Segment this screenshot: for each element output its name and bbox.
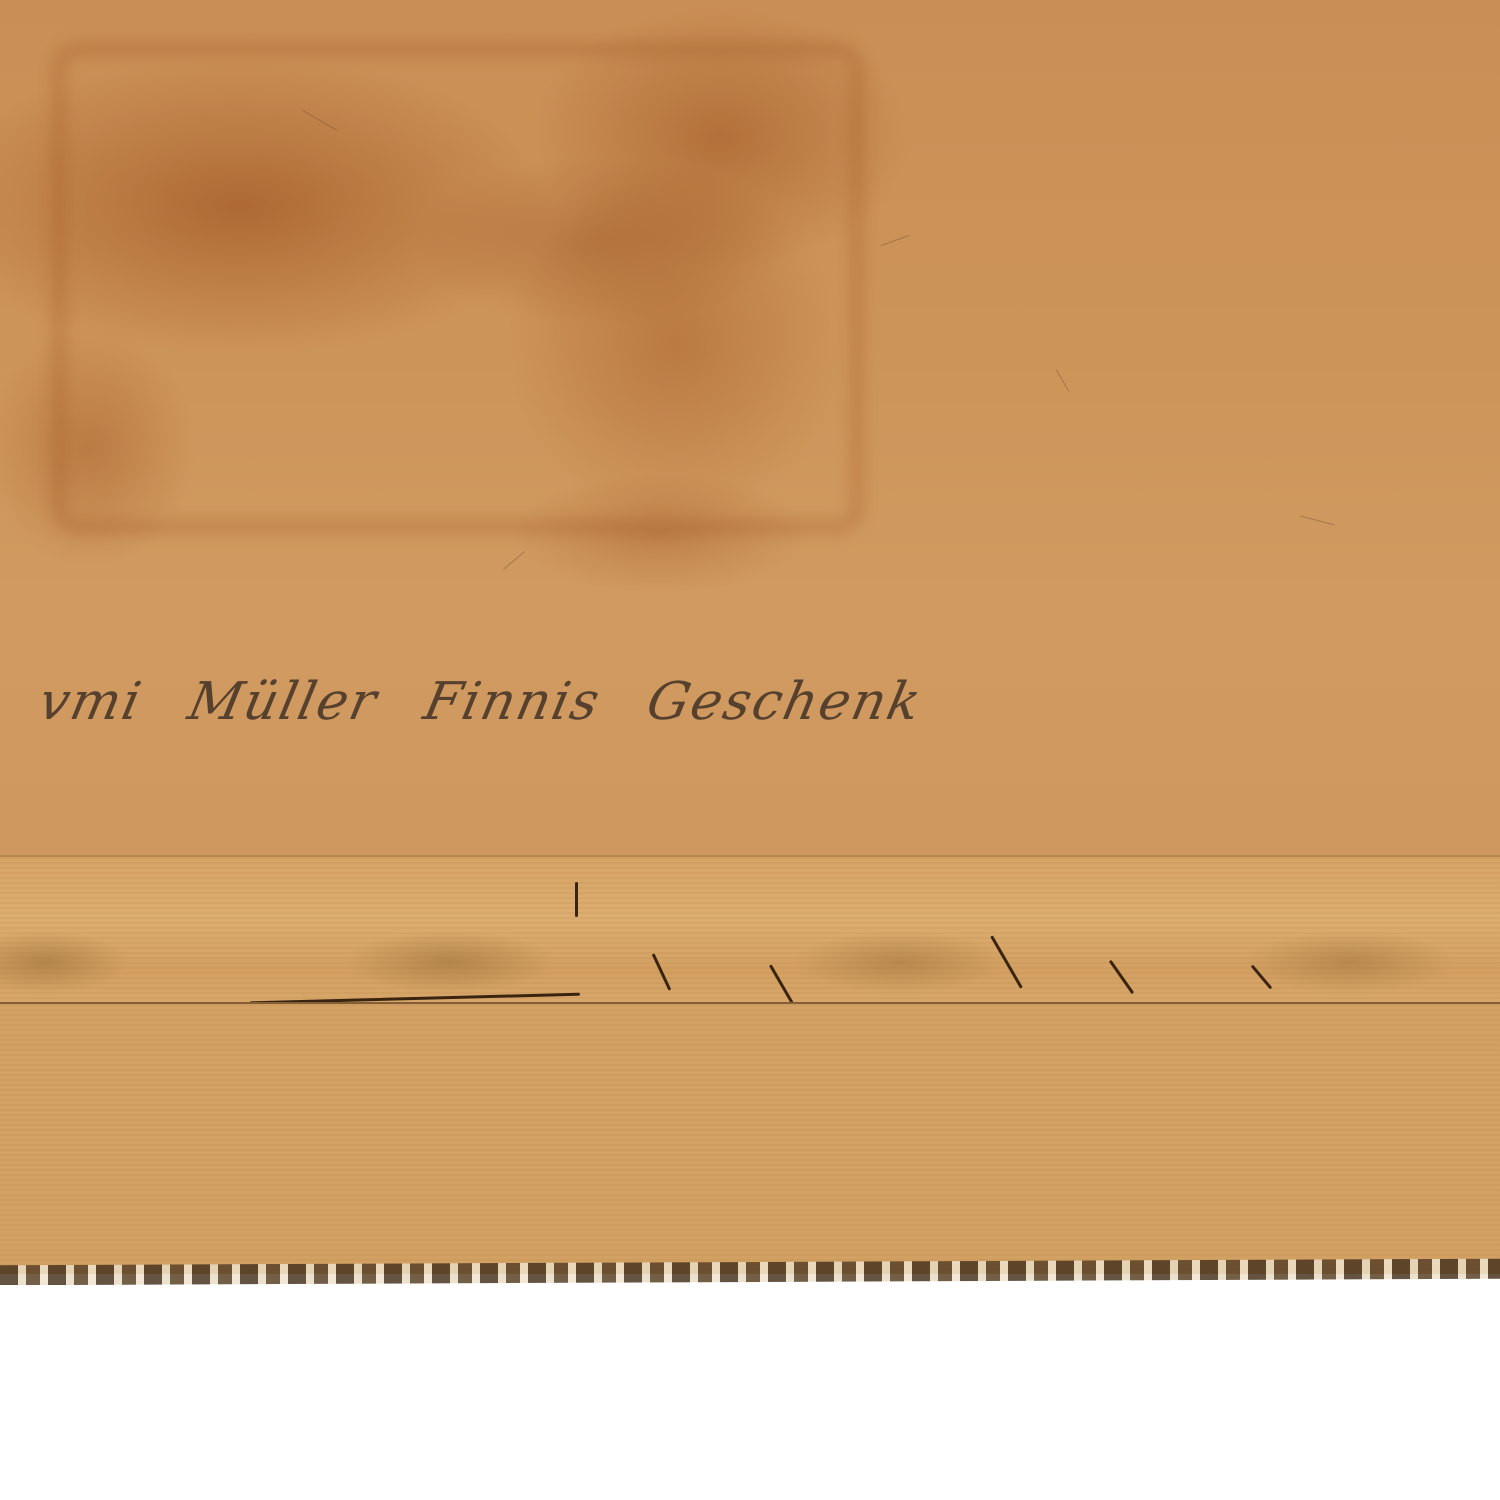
tape-crack <box>1109 960 1134 994</box>
tape-crack <box>1251 965 1273 990</box>
paper-fiber <box>881 235 910 246</box>
paper-fiber <box>1056 369 1069 391</box>
inscription-word: Geschenk <box>642 672 928 732</box>
aged-paper-sheet: vmi Müller Finnis Geschenk <box>0 0 1500 860</box>
tape-crack <box>990 935 1023 988</box>
tape-crack <box>652 953 672 991</box>
inscription-word: Müller <box>183 672 383 732</box>
paper-tape-upper <box>0 855 1500 1007</box>
rust-stain-frame <box>50 40 866 536</box>
paper-tape-lower <box>0 1002 1500 1274</box>
inscription-word: Finnis <box>419 672 607 732</box>
photograph: vmi Müller Finnis Geschenk <box>0 0 1500 1285</box>
pencil-inscription: vmi Müller Finnis Geschenk <box>29 652 1470 752</box>
paper-fiber <box>1300 515 1334 525</box>
tape-crack <box>575 882 578 917</box>
tape-crack <box>769 964 794 1004</box>
inscription-word: vmi <box>34 672 148 732</box>
paper-fiber <box>503 551 525 570</box>
